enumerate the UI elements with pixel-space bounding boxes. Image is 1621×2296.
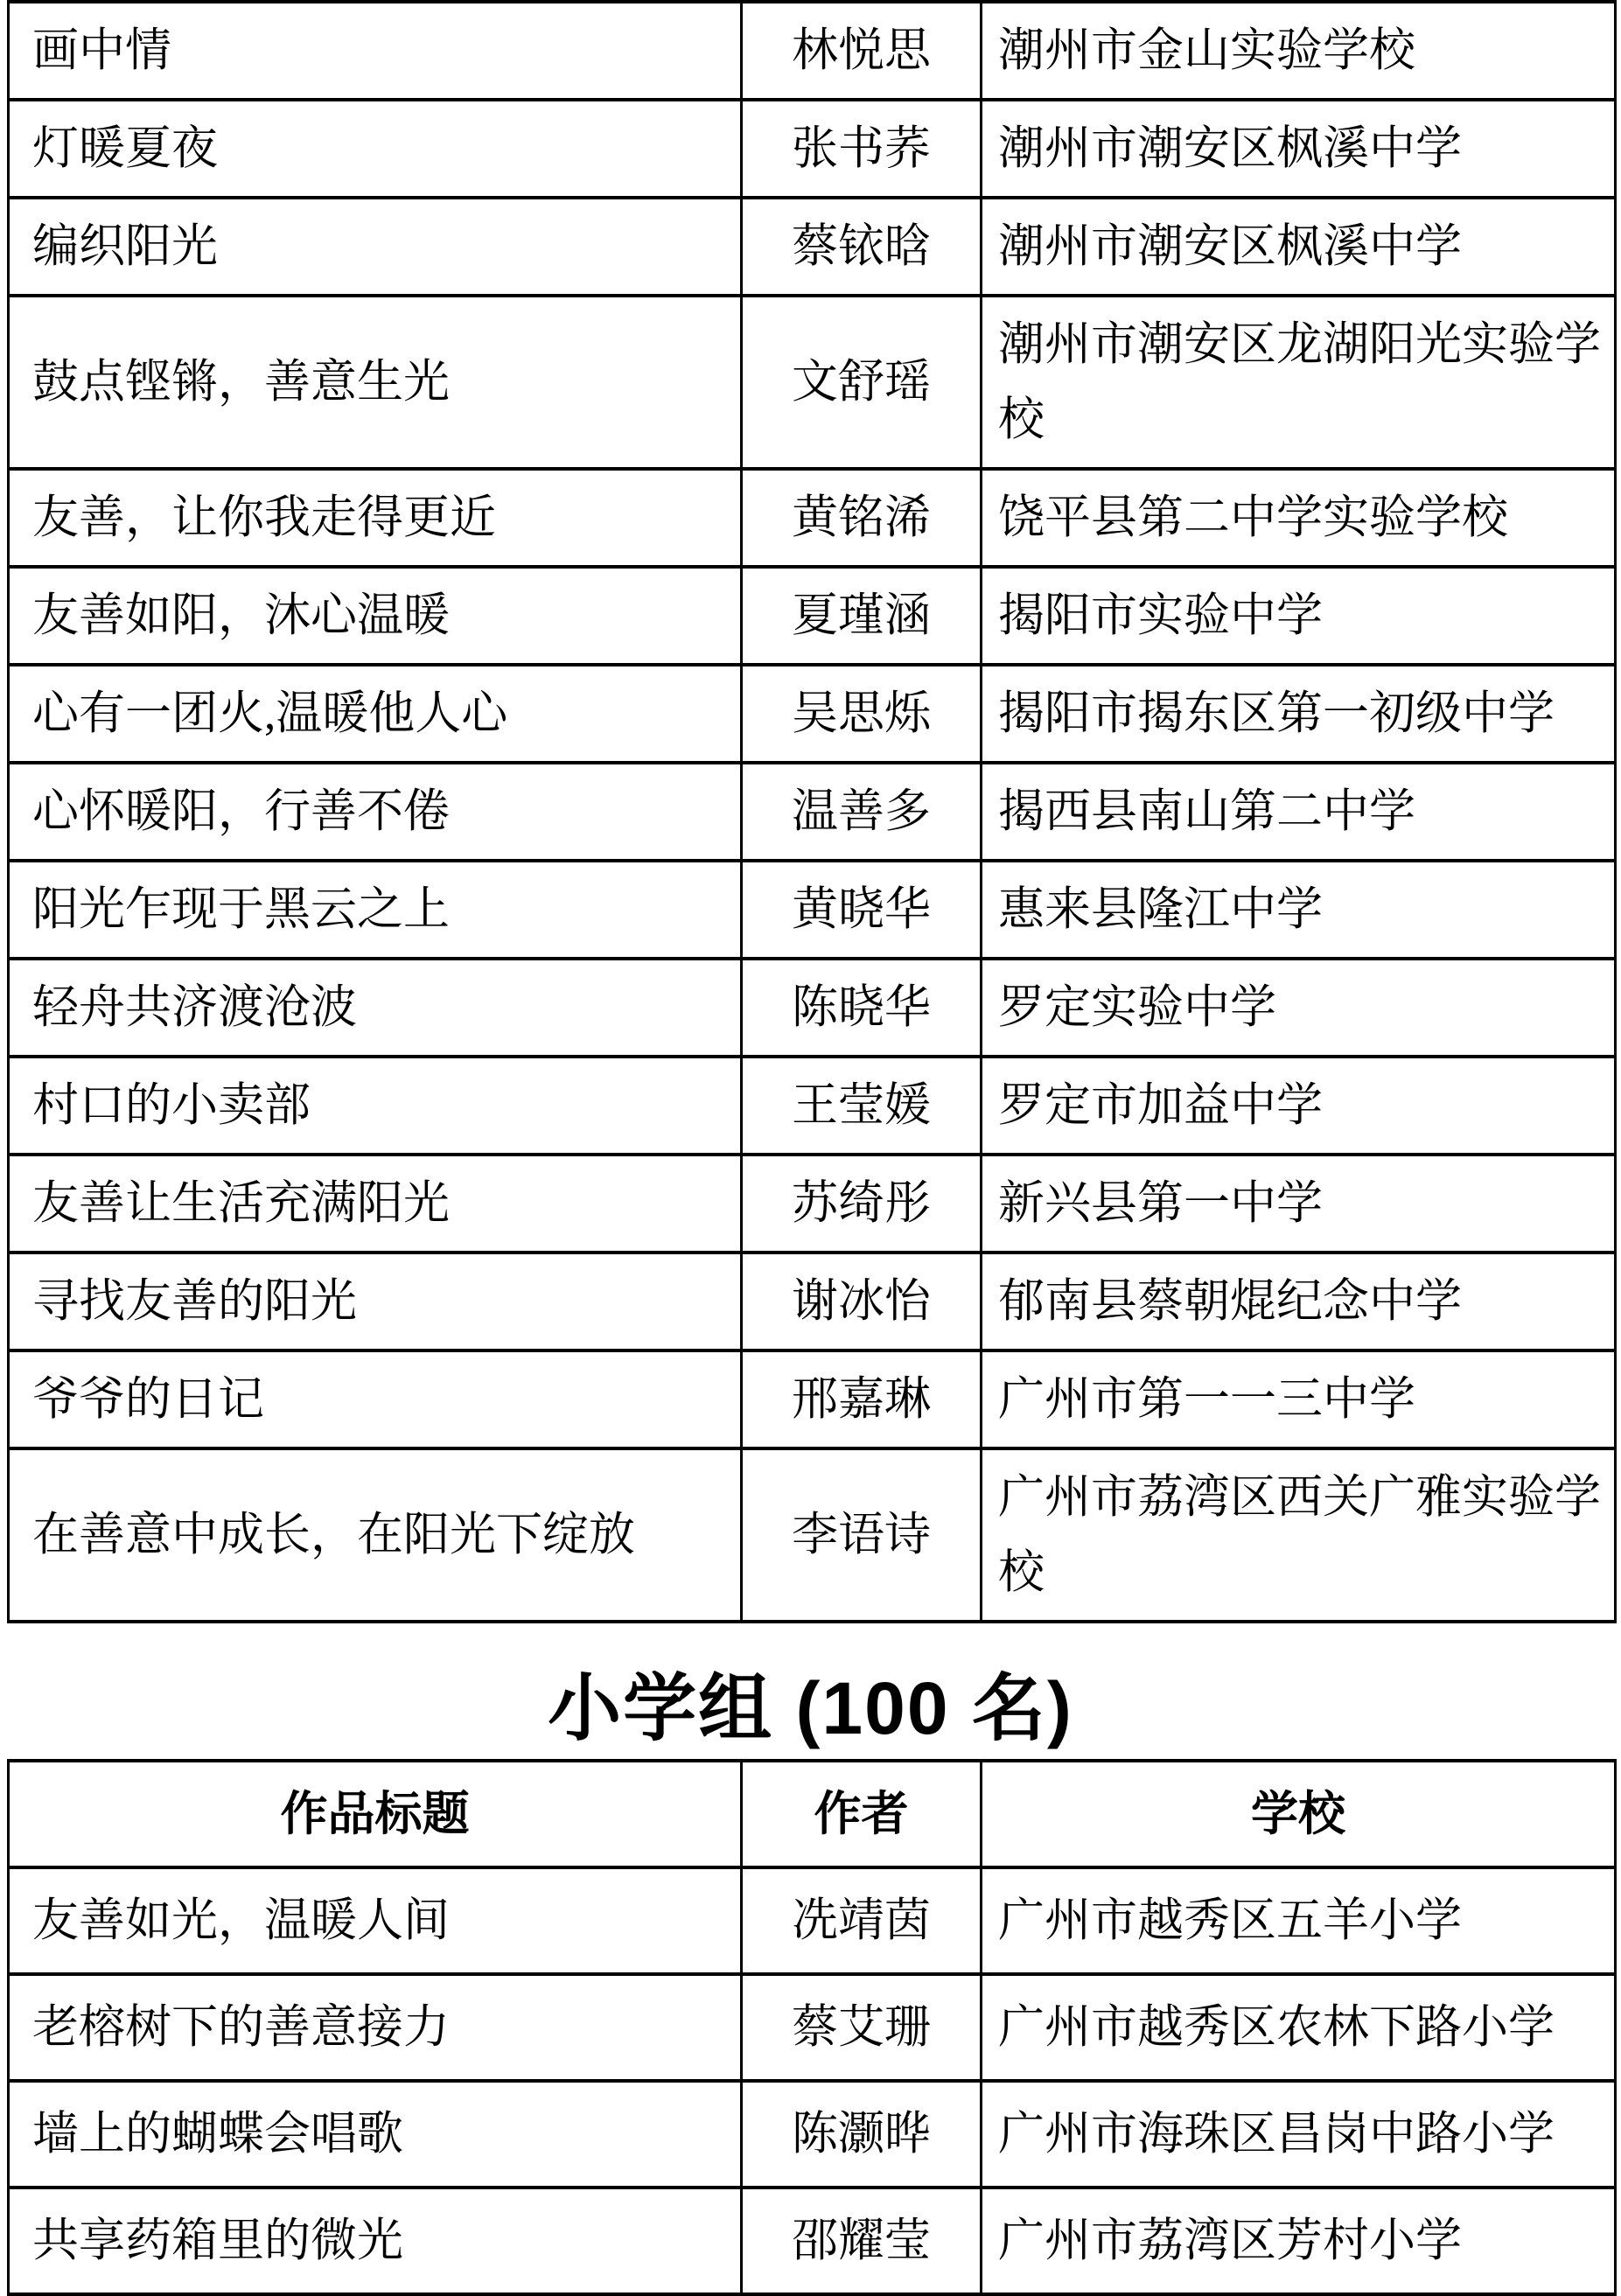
work-title-cell: 友善如光，温暖人间: [9, 1867, 742, 1974]
column-header-work-title: 作品标题: [9, 1761, 742, 1867]
author-cell: 邵耀莹: [742, 2188, 982, 2294]
table-row: 在善意中成长，在阳光下绽放 李语诗 广州市荔湾区西关广雅实验学校: [9, 1448, 1616, 1622]
work-title-cell: 鼓点铿锵，善意生光: [9, 296, 742, 469]
table-row: 寻找友善的阳光 谢冰怡 郁南县蔡朝焜纪念中学: [9, 1253, 1616, 1350]
work-title-cell: 墙上的蝴蝶会唱歌: [9, 2081, 742, 2188]
table-row: 村口的小卖部 王莹媛 罗定市加益中学: [9, 1057, 1616, 1155]
work-title-cell: 画中情: [9, 2, 742, 100]
author-cell: 蔡铱晗: [742, 198, 982, 296]
work-title-cell: 老榕树下的善意接力: [9, 1974, 742, 2081]
table-row: 轻舟共济渡沧波 陈晓华 罗定实验中学: [9, 959, 1616, 1057]
school-cell: 广州市海珠区昌岗中路小学: [982, 2081, 1616, 2188]
work-title-cell: 村口的小卖部: [9, 1057, 742, 1155]
school-cell: 潮州市金山实验学校: [982, 2, 1616, 100]
work-title-cell: 友善，让你我走得更近: [9, 469, 742, 567]
work-title-cell: 在善意中成长，在阳光下绽放: [9, 1448, 742, 1622]
table-row: 共享药箱里的微光 邵耀莹 广州市荔湾区芳村小学: [9, 2188, 1616, 2294]
school-cell: 惠来县隆江中学: [982, 861, 1616, 959]
school-cell: 新兴县第一中学: [982, 1155, 1616, 1253]
school-cell: 广州市荔湾区芳村小学: [982, 2188, 1616, 2294]
work-title-cell: 共享药箱里的微光: [9, 2188, 742, 2294]
author-cell: 张书荞: [742, 100, 982, 198]
author-cell: 冼靖茵: [742, 1867, 982, 1974]
school-cell: 潮州市潮安区龙湖阳光实验学校: [982, 296, 1616, 469]
school-cell: 广州市越秀区五羊小学: [982, 1867, 1616, 1974]
school-cell: 潮州市潮安区枫溪中学: [982, 198, 1616, 296]
school-cell: 潮州市潮安区枫溪中学: [982, 100, 1616, 198]
school-cell: 广州市越秀区农林下路小学: [982, 1974, 1616, 2081]
author-cell: 吴思烁: [742, 665, 982, 763]
table-row: 友善，让你我走得更近 黄铭浠 饶平县第二中学实验学校: [9, 469, 1616, 567]
author-cell: 蔡艾珊: [742, 1974, 982, 2081]
column-header-school: 学校: [982, 1761, 1616, 1867]
school-cell: 罗定实验中学: [982, 959, 1616, 1057]
school-cell: 广州市荔湾区西关广雅实验学校: [982, 1448, 1616, 1622]
table-row: 灯暖夏夜 张书荞 潮州市潮安区枫溪中学: [9, 100, 1616, 198]
school-cell: 揭阳市揭东区第一初级中学: [982, 665, 1616, 763]
author-cell: 陈晓华: [742, 959, 982, 1057]
document-page: 画中情 林悦思 潮州市金山实验学校 灯暖夏夜 张书荞 潮州市潮安区枫溪中学 编织…: [0, 0, 1621, 2296]
author-cell: 王莹媛: [742, 1057, 982, 1155]
table-row: 画中情 林悦思 潮州市金山实验学校: [9, 2, 1616, 100]
work-title-cell: 寻找友善的阳光: [9, 1253, 742, 1350]
school-cell: 饶平县第二中学实验学校: [982, 469, 1616, 567]
author-cell: 夏瑾涵: [742, 567, 982, 665]
school-cell: 广州市第一一三中学: [982, 1350, 1616, 1448]
work-title-cell: 友善如阳，沐心温暖: [9, 567, 742, 665]
author-cell: 谢冰怡: [742, 1253, 982, 1350]
table-row: 爷爷的日记 邢嘉琳 广州市第一一三中学: [9, 1350, 1616, 1448]
work-title-cell: 轻舟共济渡沧波: [9, 959, 742, 1057]
author-cell: 李语诗: [742, 1448, 982, 1622]
author-cell: 文舒瑶: [742, 296, 982, 469]
table-row: 鼓点铿锵，善意生光 文舒瑶 潮州市潮安区龙湖阳光实验学校: [9, 296, 1616, 469]
school-cell: 罗定市加益中学: [982, 1057, 1616, 1155]
middle-school-winners-table: 画中情 林悦思 潮州市金山实验学校 灯暖夏夜 张书荞 潮州市潮安区枫溪中学 编织…: [7, 0, 1617, 1623]
table-row: 心有一团火,温暖他人心 吴思烁 揭阳市揭东区第一初级中学: [9, 665, 1616, 763]
table-row: 友善如光，温暖人间 冼靖茵 广州市越秀区五羊小学: [9, 1867, 1616, 1974]
table-row: 墙上的蝴蝶会唱歌 陈灏晔 广州市海珠区昌岗中路小学: [9, 2081, 1616, 2188]
table-row: 友善让生活充满阳光 苏绮彤 新兴县第一中学: [9, 1155, 1616, 1253]
primary-school-winners-table: 作品标题 作者 学校 友善如光，温暖人间 冼靖茵 广州市越秀区五羊小学 老榕树下…: [7, 1759, 1617, 2296]
table-row: 编织阳光 蔡铱晗 潮州市潮安区枫溪中学: [9, 198, 1616, 296]
author-cell: 陈灏晔: [742, 2081, 982, 2188]
work-title-cell: 爷爷的日记: [9, 1350, 742, 1448]
school-cell: 揭西县南山第二中学: [982, 763, 1616, 861]
section-heading: 小学组 (100 名): [7, 1663, 1614, 1755]
school-cell: 郁南县蔡朝焜纪念中学: [982, 1253, 1616, 1350]
table-row: 友善如阳，沐心温暖 夏瑾涵 揭阳市实验中学: [9, 567, 1616, 665]
work-title-cell: 灯暖夏夜: [9, 100, 742, 198]
work-title-cell: 心有一团火,温暖他人心: [9, 665, 742, 763]
table-row: 老榕树下的善意接力 蔡艾珊 广州市越秀区农林下路小学: [9, 1974, 1616, 2081]
work-title-cell: 心怀暖阳，行善不倦: [9, 763, 742, 861]
work-title-cell: 友善让生活充满阳光: [9, 1155, 742, 1253]
author-cell: 林悦思: [742, 2, 982, 100]
author-cell: 温善多: [742, 763, 982, 861]
school-cell: 揭阳市实验中学: [982, 567, 1616, 665]
work-title-cell: 阳光乍现于黑云之上: [9, 861, 742, 959]
column-header-author: 作者: [742, 1761, 982, 1867]
author-cell: 黄晓华: [742, 861, 982, 959]
table-row: 心怀暖阳，行善不倦 温善多 揭西县南山第二中学: [9, 763, 1616, 861]
work-title-cell: 编织阳光: [9, 198, 742, 296]
author-cell: 苏绮彤: [742, 1155, 982, 1253]
table-row: 阳光乍现于黑云之上 黄晓华 惠来县隆江中学: [9, 861, 1616, 959]
table-header-row: 作品标题 作者 学校: [9, 1761, 1616, 1867]
author-cell: 黄铭浠: [742, 469, 982, 567]
author-cell: 邢嘉琳: [742, 1350, 982, 1448]
